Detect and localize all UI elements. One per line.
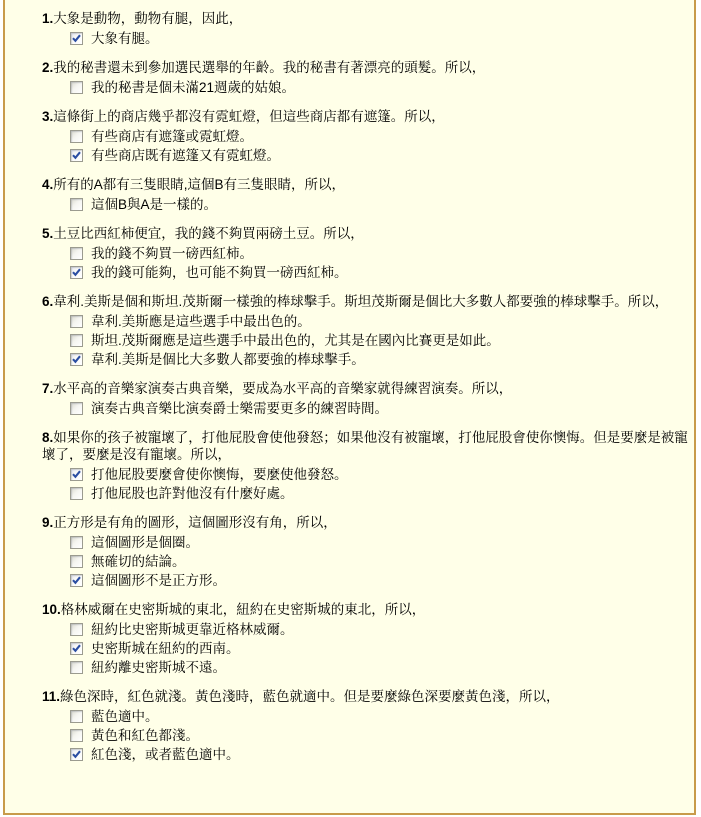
option-label: 韋利.美斯應是這些選手中最出色的。 [91, 314, 311, 329]
option-label: 打他屁股也許對他沒有什麼好處。 [91, 486, 294, 501]
option-group: 打他屁股要麼會使你懊悔，要麼使他發怒。 打他屁股也許對他沒有什麼好處。 [42, 467, 688, 501]
answer-checkbox[interactable] [70, 130, 83, 143]
answer-checkbox[interactable] [70, 748, 83, 761]
question-line: 1.大象是動物，動物有腿，因此， [42, 10, 688, 27]
answer-checkbox[interactable] [70, 334, 83, 347]
question-line: 9.正方形是有角的圖形，這個圖形沒有角，所以， [42, 514, 688, 531]
question-block: 11.綠色深時，紅色就淺。黃色淺時，藍色就適中。但是要麼綠色深要麼黃色淺，所以，… [42, 688, 688, 762]
option-label: 韋利.美斯是個比大多數人都要強的棒球擊手。 [91, 352, 365, 367]
question-line: 3.這條街上的商店幾乎都沒有霓虹燈，但這些商店都有遮篷。所以， [42, 108, 688, 125]
checkmark-icon [71, 33, 82, 44]
option-label: 有些商店有遮篷或霓虹燈。 [91, 129, 253, 144]
checkmark-icon [71, 267, 82, 278]
question-number: 6. [42, 294, 53, 309]
question-number: 1. [42, 11, 53, 26]
option-label: 史密斯城在紐約的西南。 [91, 641, 240, 656]
answer-checkbox[interactable] [70, 487, 83, 500]
option-group: 這個B與A是一樣的。 [42, 197, 688, 212]
answer-checkbox[interactable] [70, 266, 83, 279]
quiz-panel: 1.大象是動物，動物有腿，因此， 大象有腿。 2.我的秘書還未到參加選民選舉的年… [3, 0, 696, 815]
question-number: 5. [42, 226, 53, 241]
option-label: 紅色淺，或者藍色適中。 [91, 747, 240, 762]
answer-checkbox[interactable] [70, 642, 83, 655]
question-text: 綠色深時，紅色就淺。黃色淺時，藍色就適中。但是要麼綠色深要麼黃色淺，所以， [60, 689, 560, 704]
checkmark-icon [71, 150, 82, 161]
question-number: 8. [42, 430, 53, 445]
question-text: 正方形是有角的圖形，這個圖形沒有角，所以， [53, 515, 337, 530]
option-group: 紐約比史密斯城更靠近格林威爾。 史密斯城在紐約的西南。 紐約離史密斯城不遠。 [42, 622, 688, 675]
answer-option[interactable]: 斯坦.茂斯爾應是這些選手中最出色的，尤其是在國內比賽更是如此。 [70, 333, 688, 348]
answer-option[interactable]: 紐約比史密斯城更靠近格林威爾。 [70, 622, 688, 637]
answer-checkbox[interactable] [70, 315, 83, 328]
question-text: 所有的A都有三隻眼睛,這個B有三隻眼睛，所以， [53, 177, 345, 192]
option-label: 這個圖形是個圈。 [91, 535, 199, 550]
option-group: 有些商店有遮篷或霓虹燈。 有些商店既有遮篷又有霓虹燈。 [42, 129, 688, 163]
question-line: 6.韋利.美斯是個和斯坦.茂斯爾一樣強的棒球擊手。斯坦茂斯爾是個比大多數人都要強… [42, 293, 688, 310]
answer-option[interactable]: 紅色淺，或者藍色適中。 [70, 747, 688, 762]
question-block: 3.這條街上的商店幾乎都沒有霓虹燈，但這些商店都有遮篷。所以， 有些商店有遮篷或… [42, 108, 688, 163]
option-label: 紐約比史密斯城更靠近格林威爾。 [91, 622, 294, 637]
answer-option[interactable]: 這個圖形是個圈。 [70, 535, 688, 550]
question-line: 2.我的秘書還未到參加選民選舉的年齡。我的秘書有著漂亮的頭髮。所以， [42, 59, 688, 76]
answer-checkbox[interactable] [70, 536, 83, 549]
answer-option[interactable]: 演奏古典音樂比演奏爵士樂需要更多的練習時間。 [70, 401, 688, 416]
question-line: 7.水平高的音樂家演奏古典音樂，要成為水平高的音樂家就得練習演奏。所以， [42, 380, 688, 397]
answer-checkbox[interactable] [70, 623, 83, 636]
question-number: 2. [42, 60, 53, 75]
question-text: 我的秘書還未到參加選民選舉的年齡。我的秘書有著漂亮的頭髮。所以， [53, 60, 485, 75]
option-label: 黃色和紅色都淺。 [91, 728, 199, 743]
option-label: 紐約離史密斯城不遠。 [91, 660, 226, 675]
answer-option[interactable]: 韋利.美斯是個比大多數人都要強的棒球擊手。 [70, 352, 688, 367]
question-block: 2.我的秘書還未到參加選民選舉的年齡。我的秘書有著漂亮的頭髮。所以， 我的秘書是… [42, 59, 688, 95]
answer-checkbox[interactable] [70, 32, 83, 45]
option-label: 有些商店既有遮篷又有霓虹燈。 [91, 148, 280, 163]
question-block: 1.大象是動物，動物有腿，因此， 大象有腿。 [42, 10, 688, 46]
answer-checkbox[interactable] [70, 574, 83, 587]
answer-option[interactable]: 藍色適中。 [70, 709, 688, 724]
question-number: 7. [42, 381, 53, 396]
checkmark-icon [71, 749, 82, 760]
question-block: 5.土豆比西紅柿便宜，我的錢不夠買兩磅土豆。所以， 我的錢不夠買一磅西紅柿。 我… [42, 225, 688, 280]
answer-option[interactable]: 韋利.美斯應是這些選手中最出色的。 [70, 314, 688, 329]
question-number: 3. [42, 109, 53, 124]
question-number: 4. [42, 177, 53, 192]
answer-option[interactable]: 打他屁股要麼會使你懊悔，要麼使他發怒。 [70, 467, 688, 482]
answer-option[interactable]: 我的錢不夠買一磅西紅柿。 [70, 246, 688, 261]
option-group: 韋利.美斯應是這些選手中最出色的。 斯坦.茂斯爾應是這些選手中最出色的，尤其是在… [42, 314, 688, 367]
answer-option[interactable]: 打他屁股也許對他沒有什麼好處。 [70, 486, 688, 501]
question-text: 如果你的孩子被寵壞了，打他屁股會使他發怒；如果他沒有被寵壞，打他屁股會使你懊悔。… [42, 430, 688, 462]
question-text: 土豆比西紅柿便宜，我的錢不夠買兩磅土豆。所以， [53, 226, 364, 241]
answer-option[interactable]: 無確切的結論。 [70, 554, 688, 569]
answer-checkbox[interactable] [70, 353, 83, 366]
answer-checkbox[interactable] [70, 555, 83, 568]
answer-option[interactable]: 我的錢可能夠，也可能不夠買一磅西紅柿。 [70, 265, 688, 280]
question-line: 4.所有的A都有三隻眼睛,這個B有三隻眼睛，所以， [42, 176, 688, 193]
checkmark-icon [71, 469, 82, 480]
option-group: 大象有腿。 [42, 31, 688, 46]
option-group: 我的秘書是個未滿21週歲的姑娘。 [42, 80, 688, 95]
answer-option[interactable]: 史密斯城在紐約的西南。 [70, 641, 688, 656]
question-text: 韋利.美斯是個和斯坦.茂斯爾一樣強的棒球擊手。斯坦茂斯爾是個比大多數人都要強的棒… [53, 294, 668, 309]
answer-checkbox[interactable] [70, 710, 83, 723]
answer-option[interactable]: 紐約離史密斯城不遠。 [70, 660, 688, 675]
option-label: 我的錢不夠買一磅西紅柿。 [91, 246, 253, 261]
question-line: 8.如果你的孩子被寵壞了，打他屁股會使他發怒；如果他沒有被寵壞，打他屁股會使你懊… [42, 429, 688, 463]
option-label: 這個B與A是一樣的。 [91, 197, 217, 212]
option-group: 我的錢不夠買一磅西紅柿。 我的錢可能夠，也可能不夠買一磅西紅柿。 [42, 246, 688, 280]
answer-checkbox[interactable] [70, 402, 83, 415]
option-label: 這個圖形不是正方形。 [91, 573, 226, 588]
question-block: 6.韋利.美斯是個和斯坦.茂斯爾一樣強的棒球擊手。斯坦茂斯爾是個比大多數人都要強… [42, 293, 688, 367]
question-list: 1.大象是動物，動物有腿，因此， 大象有腿。 2.我的秘書還未到參加選民選舉的年… [5, 0, 694, 762]
question-number: 10. [42, 602, 61, 617]
answer-checkbox[interactable] [70, 81, 83, 94]
question-line: 11.綠色深時，紅色就淺。黃色淺時，藍色就適中。但是要麼綠色深要麼黃色淺，所以， [42, 688, 688, 705]
question-text: 格林威爾在史密斯城的東北，紐約在史密斯城的東北，所以， [61, 602, 426, 617]
answer-checkbox[interactable] [70, 468, 83, 481]
answer-option[interactable]: 有些商店既有遮篷又有霓虹燈。 [70, 148, 688, 163]
option-label: 我的錢可能夠，也可能不夠買一磅西紅柿。 [91, 265, 348, 280]
question-block: 4.所有的A都有三隻眼睛,這個B有三隻眼睛，所以， 這個B與A是一樣的。 [42, 176, 688, 212]
question-block: 9.正方形是有角的圖形，這個圖形沒有角，所以， 這個圖形是個圈。 無確切的結論。… [42, 514, 688, 588]
answer-checkbox[interactable] [70, 198, 83, 211]
question-text: 大象是動物，動物有腿，因此， [53, 11, 242, 26]
question-line: 5.土豆比西紅柿便宜，我的錢不夠買兩磅土豆。所以， [42, 225, 688, 242]
answer-option[interactable]: 我的秘書是個未滿21週歲的姑娘。 [70, 80, 688, 95]
option-label: 打他屁股要麼會使你懊悔，要麼使他發怒。 [91, 467, 348, 482]
answer-checkbox[interactable] [70, 149, 83, 162]
answer-checkbox[interactable] [70, 247, 83, 260]
answer-option[interactable]: 黃色和紅色都淺。 [70, 728, 688, 743]
checkmark-icon [71, 643, 82, 654]
checkmark-icon [71, 575, 82, 586]
answer-checkbox[interactable] [70, 729, 83, 742]
question-block: 10.格林威爾在史密斯城的東北，紐約在史密斯城的東北，所以， 紐約比史密斯城更靠… [42, 601, 688, 675]
option-label: 斯坦.茂斯爾應是這些選手中最出色的，尤其是在國內比賽更是如此。 [91, 333, 500, 348]
option-label: 我的秘書是個未滿21週歲的姑娘。 [91, 80, 295, 95]
question-text: 水平高的音樂家演奏古典音樂，要成為水平高的音樂家就得練習演奏。所以， [53, 381, 512, 396]
option-group: 這個圖形是個圈。 無確切的結論。 這個圖形不是正方形。 [42, 535, 688, 588]
answer-checkbox[interactable] [70, 661, 83, 674]
question-number: 11. [42, 689, 60, 704]
option-label: 藍色適中。 [91, 709, 159, 724]
question-block: 7.水平高的音樂家演奏古典音樂，要成為水平高的音樂家就得練習演奏。所以， 演奏古… [42, 380, 688, 416]
answer-option[interactable]: 這個B與A是一樣的。 [70, 197, 688, 212]
question-block: 8.如果你的孩子被寵壞了，打他屁股會使他發怒；如果他沒有被寵壞，打他屁股會使你懊… [42, 429, 688, 501]
question-text: 這條街上的商店幾乎都沒有霓虹燈，但這些商店都有遮篷。所以， [53, 109, 445, 124]
question-line: 10.格林威爾在史密斯城的東北，紐約在史密斯城的東北，所以， [42, 601, 688, 618]
option-label: 無確切的結論。 [91, 554, 186, 569]
answer-option[interactable]: 大象有腿。 [70, 31, 688, 46]
checkmark-icon [71, 354, 82, 365]
option-group: 藍色適中。 黃色和紅色都淺。 紅色淺，或者藍色適中。 [42, 709, 688, 762]
answer-option[interactable]: 這個圖形不是正方形。 [70, 573, 688, 588]
option-group: 演奏古典音樂比演奏爵士樂需要更多的練習時間。 [42, 401, 688, 416]
option-label: 演奏古典音樂比演奏爵士樂需要更多的練習時間。 [91, 401, 388, 416]
answer-option[interactable]: 有些商店有遮篷或霓虹燈。 [70, 129, 688, 144]
option-label: 大象有腿。 [91, 31, 159, 46]
question-number: 9. [42, 515, 53, 530]
